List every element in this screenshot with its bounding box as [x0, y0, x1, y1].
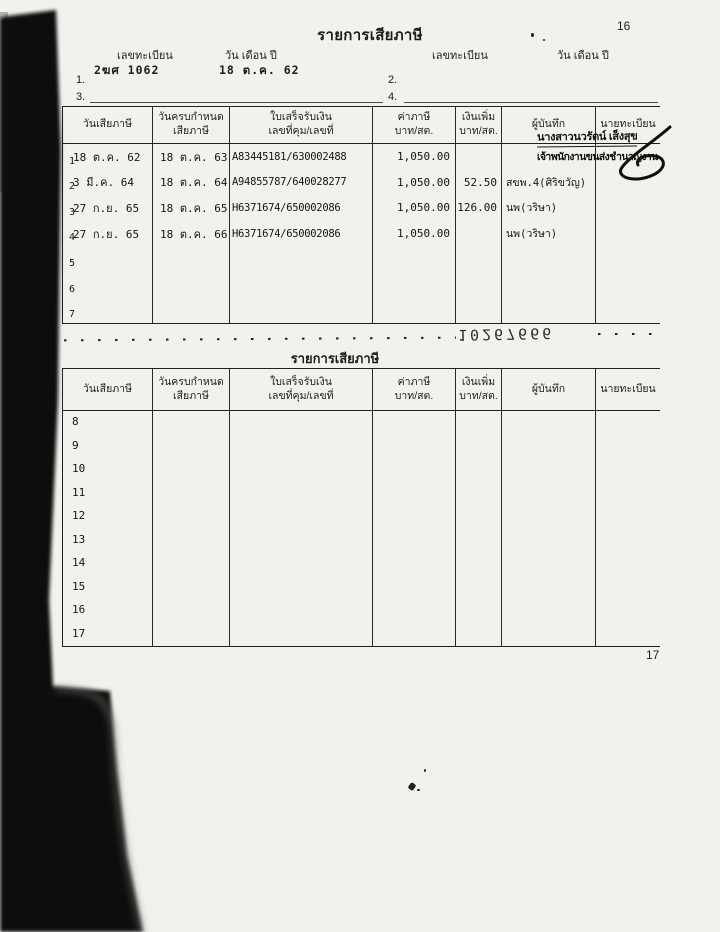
section1-title: รายการเสียภาษี: [280, 23, 460, 47]
table-cell: [373, 272, 455, 298]
form-item-3: 3.: [76, 91, 85, 103]
table-cell: 12: [63, 505, 152, 529]
column-due-date: 18 ต.ค. 63 18 ต.ค. 64 18 ต.ค. 65 18 ต.ค.…: [153, 144, 230, 323]
table-cell: 14: [63, 552, 152, 576]
officer-stamp: นางสาวนวรัตน์ เส็งสุข เจ้าพนักงานขนส่งชำ…: [537, 127, 717, 165]
col-header-tax-date: วันเสียภาษี: [63, 369, 153, 411]
section2-title: รายการเสียภาษี: [250, 348, 420, 369]
page-number-top: 16: [617, 19, 630, 33]
ink-speck: [417, 789, 420, 791]
registration-date-value: 18 ต.ค. 62: [219, 62, 300, 80]
form-rule-4: [404, 102, 658, 103]
table-cell: [502, 246, 595, 272]
col-header-tax-amount: ค่าภาษีบาท/สต.: [373, 369, 456, 411]
col-header-receipt: ใบเสร็จรับเงินเลขที่คุม/เลขที่: [230, 369, 373, 411]
table-cell: 18 ต.ค. 65: [153, 195, 229, 221]
page-number-bottom: 17: [646, 648, 659, 662]
column-tax-amount: [373, 411, 456, 646]
table-cell: 23 มี.ค. 64: [63, 170, 152, 196]
table-cell: สขพ.4(ศิริขวัญ): [502, 170, 595, 196]
column-tax-amount: 1,050.00 1,050.00 1,050.00 1,050.00: [373, 144, 456, 323]
col-header-recorder: ผู้บันทึก: [502, 369, 596, 411]
table-cell: นพ(วริษา): [502, 221, 595, 247]
table-cell: 1,050.00: [373, 195, 455, 221]
form-rule-3: [90, 102, 383, 103]
table-cell: [373, 246, 455, 272]
table-cell: [230, 298, 372, 323]
table-cell: 5: [63, 246, 152, 272]
col-header-surcharge: เงินเพิ่มบาท/สต.: [456, 107, 502, 144]
table-cell: 1,050.00: [373, 144, 455, 170]
column-surcharge: [456, 411, 502, 646]
table-cell: 7: [63, 298, 152, 323]
column-recorder: สขพ.4(ศิริขวัญ) นพ(วริษา) นพ(วริษา): [502, 144, 596, 323]
col-header-tax-amount: ค่าภาษีบาท/สต.: [373, 107, 456, 144]
column-due-date: [153, 411, 230, 646]
table-cell: นพ(วริษา): [502, 195, 595, 221]
table-cell: 118 ต.ค. 62: [63, 144, 152, 170]
table-cell: 18 ต.ค. 64: [153, 170, 229, 196]
table-cell: [153, 246, 229, 272]
column-tax-date: 8 9 10 11 12 13 14 15 16 17: [63, 411, 153, 646]
table-cell: [373, 298, 455, 323]
scanned-tax-record-page: 16 รายการเสียภาษี เลขทะเบียน วัน เดือน ป…: [0, 0, 720, 932]
table-cell: A94855787/640028277: [230, 170, 372, 196]
table-cell: [456, 298, 501, 323]
table-cell: 17: [63, 623, 152, 647]
table-cell: 11: [63, 482, 152, 506]
table-cell: 427 ก.ย. 65: [63, 221, 152, 247]
table-cell: [502, 272, 595, 298]
column-surcharge: 52.50 126.00: [456, 144, 502, 323]
table-cell: 16: [63, 599, 152, 623]
table-cell: 10: [63, 458, 152, 482]
ink-speck: [408, 782, 417, 791]
table-cell: [230, 272, 372, 298]
table-cell: A83445181/630002488: [230, 144, 372, 170]
table-cell: 15: [63, 576, 152, 600]
table-cell: 327 ก.ย. 65: [63, 195, 152, 221]
table-cell: 13: [63, 529, 152, 553]
tax-table-lower: วันเสียภาษี วันครบกำหนดเสียภาษี ใบเสร็จร…: [62, 368, 660, 647]
col-header-receipt: ใบเสร็จรับเงินเลขที่คุม/เลขที่: [230, 107, 373, 144]
table-cell: H6371674/650002086: [230, 221, 372, 247]
col-header-due-date: วันครบกำหนดเสียภาษี: [153, 107, 230, 144]
col-header-registrar: นายทะเบียน: [596, 369, 660, 411]
table-cell: H6371674/650002086: [230, 195, 372, 221]
right-date-label: วัน เดือน ปี: [557, 46, 609, 64]
table-cell: [153, 298, 229, 323]
table-cell: [502, 298, 595, 323]
table-cell: 1,050.00: [373, 221, 455, 247]
ink-speck: [543, 39, 545, 41]
table-cell: 18 ต.ค. 63: [153, 144, 229, 170]
column-registrar: [596, 411, 660, 646]
signature-scribble: [592, 123, 687, 183]
table-cell: [456, 246, 501, 272]
perforation-dots-right: [598, 333, 656, 335]
table-cell: [230, 246, 372, 272]
ink-speck: [531, 33, 534, 37]
column-tax-date: 118 ต.ค. 62 23 มี.ค. 64 327 ก.ย. 65 427 …: [63, 144, 153, 323]
col-header-surcharge: เงินเพิ่มบาท/สต.: [456, 369, 502, 411]
table-cell: 1,050.00: [373, 170, 455, 196]
table-cell: 126.00: [456, 195, 501, 221]
perforation-dots-left: [64, 337, 456, 342]
column-receipt: A83445181/630002488 A94855787/640028277 …: [230, 144, 373, 323]
table-cell: 9: [63, 435, 152, 459]
ink-speck: [424, 769, 426, 772]
column-receipt: [230, 411, 373, 646]
form-item-2: 2.: [388, 74, 397, 86]
form-serial-number: 10267666: [458, 324, 555, 344]
col-header-tax-date: วันเสียภาษี: [63, 107, 153, 144]
column-recorder: [502, 411, 596, 646]
col-header-due-date: วันครบกำหนดเสียภาษี: [153, 369, 230, 411]
right-registration-label: เลขทะเบียน: [432, 46, 488, 64]
form-item-4: 4.: [388, 91, 397, 103]
table-cell: 18 ต.ค. 66: [153, 221, 229, 247]
table-cell: [456, 144, 501, 170]
registration-number-value: 2ฆศ 1062: [94, 62, 159, 80]
table-cell: [153, 272, 229, 298]
table-cell: [456, 221, 501, 247]
table-cell: 8: [63, 411, 152, 435]
table-cell: 52.50: [456, 170, 501, 196]
table-cell: 6: [63, 272, 152, 298]
form-item-1: 1.: [76, 74, 85, 86]
table-cell: [456, 272, 501, 298]
